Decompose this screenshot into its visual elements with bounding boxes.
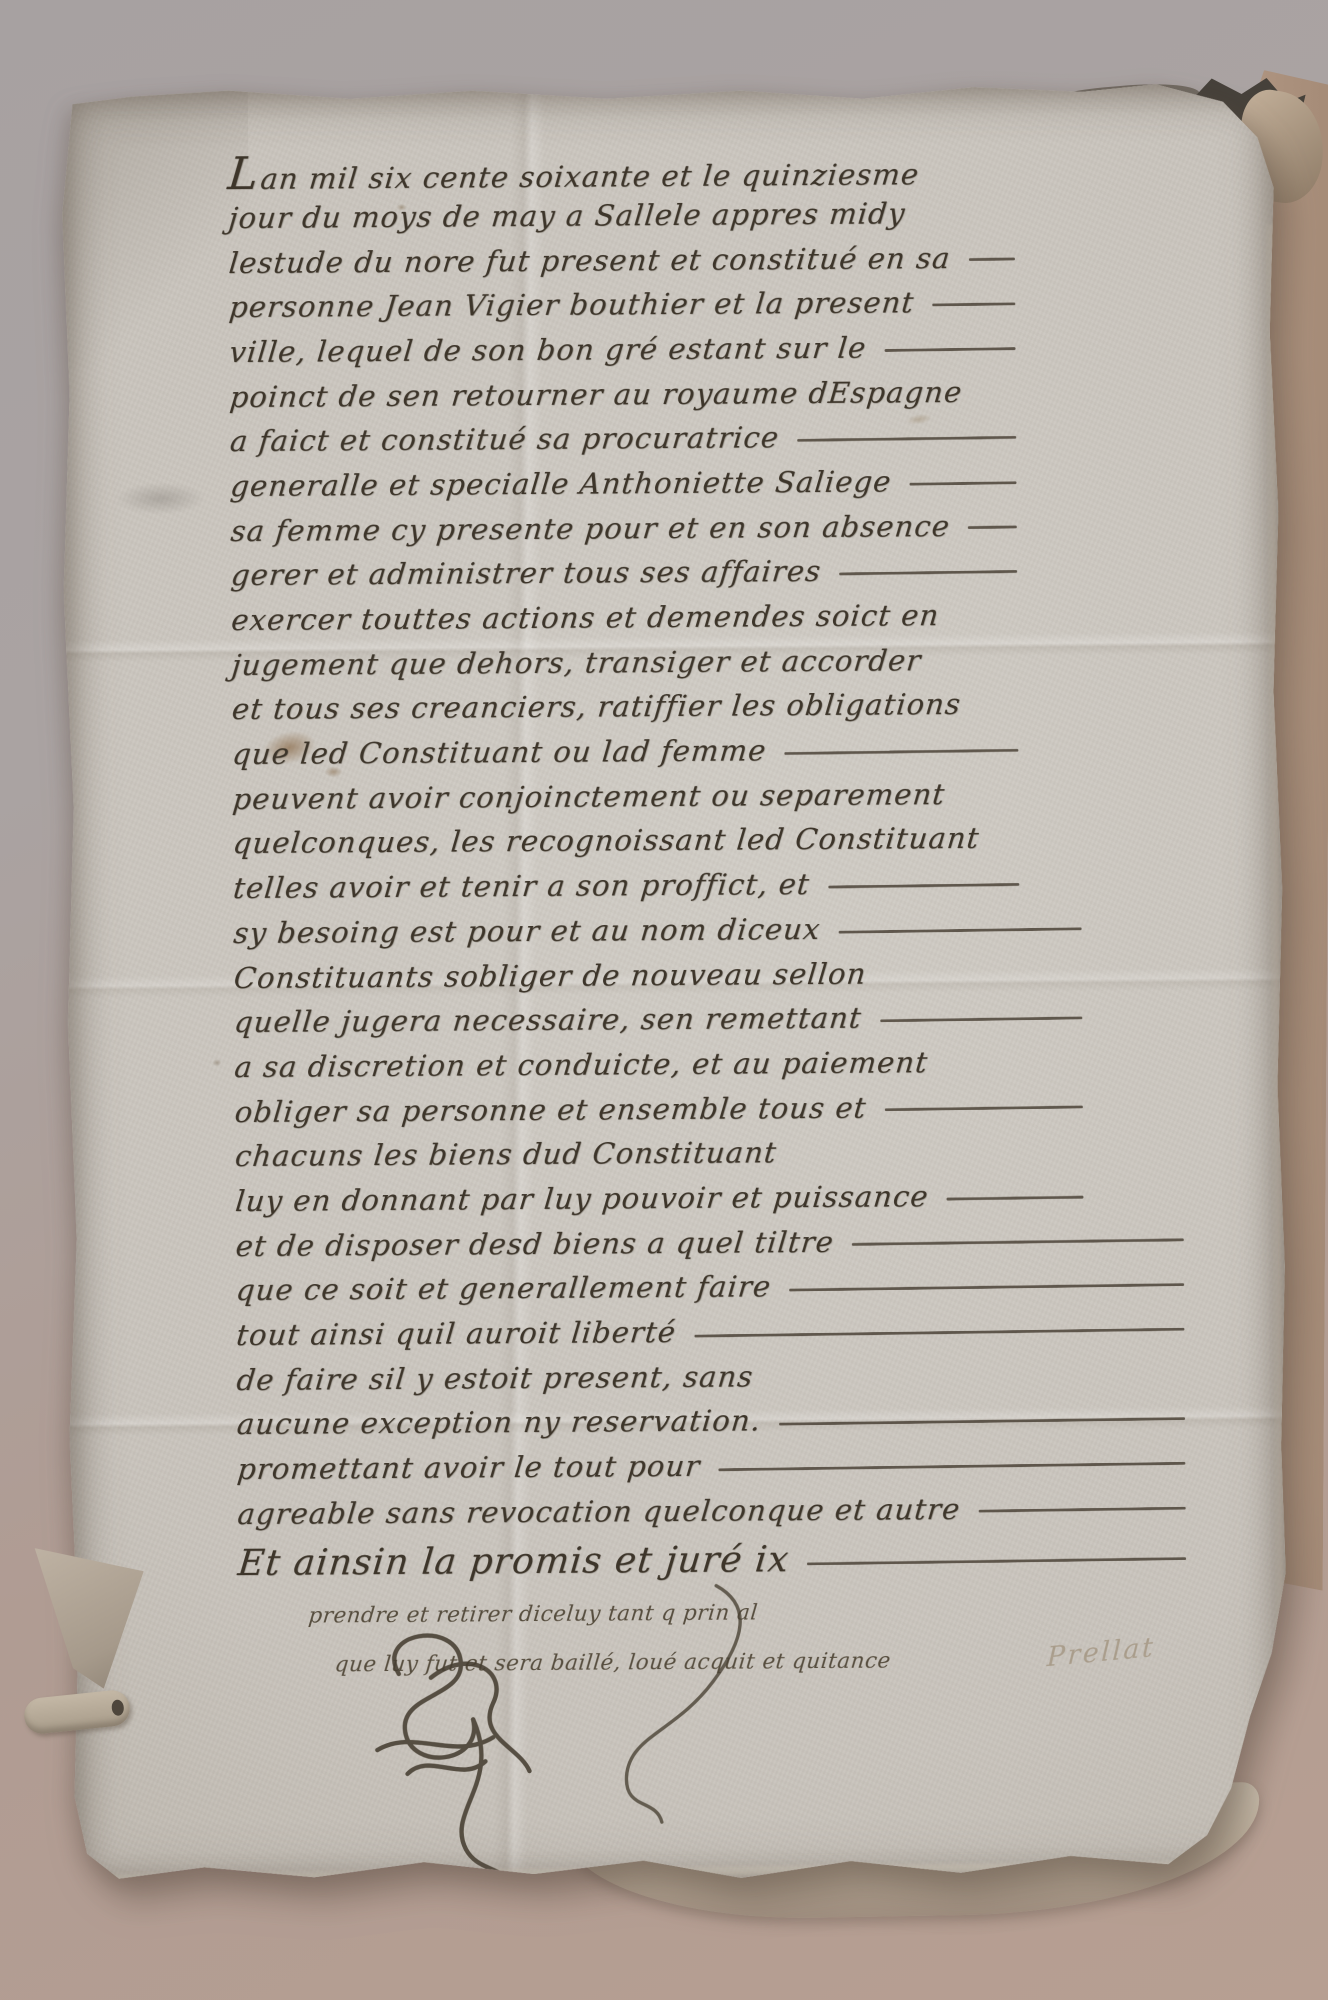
manuscript-line: luy en donnant par luy pouvoir et puissa… [235, 1173, 1025, 1223]
manuscript-line: gerer et administrer tous ses affaires [231, 548, 1021, 598]
manuscript-line-text: personne Jean Vigier bouthier et la pres… [228, 287, 916, 322]
manuscript-line-text: jugement que dehors, transiger et accord… [230, 645, 923, 680]
manuscript-line: chacuns les biens dud Constituant [235, 1129, 1025, 1179]
manuscript-line: jugement que dehors, transiger et accord… [232, 637, 1022, 687]
manuscript-line-text: quelconques, les recognoissant led Const… [232, 823, 981, 859]
text-block: Lan mil six cente soixante et le quinzie… [228, 146, 1029, 1691]
manuscript-line: lestude du nore fut present et constitué… [229, 235, 1019, 285]
manuscript-line-text: gerer et administrer tous ses affaires [230, 556, 823, 591]
line-filler-dash [885, 1106, 1083, 1112]
manuscript-line: quelconques, les recognoissant led Const… [233, 816, 1023, 866]
manuscript-line-text: generalle et specialle Anthoniette Salie… [229, 466, 893, 501]
manuscript-line: et tous ses creanciers, ratiffier les ob… [232, 682, 1022, 732]
manuscript-line-text: de faire sil y estoit present, sans [235, 1361, 755, 1395]
manuscript-line: jour du moys de may a Sallele appres mid… [228, 190, 1018, 240]
line-filler-dash [807, 1557, 1186, 1565]
manuscript-line-text: obliger sa personne et ensemble tous et [233, 1092, 868, 1127]
line-filler-dash [969, 258, 1015, 262]
manuscript-line: tout ainsi quil auroit liberté [236, 1307, 1026, 1357]
manuscript-line: quelle jugera necessaire, sen remettant [234, 995, 1024, 1045]
manuscript-line-text: poinct de sen retourner au royaume dEspa… [228, 377, 963, 413]
line-filler-dash [852, 1239, 1184, 1247]
manuscript-line-text: et de disposer desd biens a quel tiltre [234, 1227, 835, 1262]
manuscript-line: peuvent avoir conjoinctement ou separeme… [233, 771, 1023, 821]
line-filler-dash [839, 570, 1017, 575]
manuscript-line-text: chacuns les biens dud Constituant [234, 1138, 779, 1172]
manuscript-line-text: et tous ses creanciers, ratiffier les ob… [231, 689, 963, 725]
line-filler-dash [839, 927, 1082, 933]
manuscript-line-text: quelle jugera necessaire, sen remettant [233, 1003, 864, 1038]
manuscript-line: a faict et constitué sa procuratrice [230, 414, 1020, 464]
manuscript-line: de faire sil y estoit present, sans [237, 1352, 1027, 1402]
manuscript-line: Lan mil six cente soixante et le quinzie… [228, 146, 1018, 196]
manuscript-line-text: luy en donnant par luy pouvoir et puissa… [234, 1181, 930, 1216]
manuscript-page-wrap: Lan mil six cente soixante et le quinzie… [58, 80, 1291, 1886]
fox-spot [213, 1059, 222, 1066]
manuscript-line-text: lestude du nore fut present et constitué… [227, 243, 952, 278]
line-filler-dash [968, 526, 1017, 530]
manuscript-line-text: agreable sans revocation quelconque et a… [236, 1494, 962, 1530]
manuscript-line: sa femme cy presente pour et en son abse… [231, 503, 1021, 553]
line-filler-dash [789, 1283, 1184, 1292]
manuscript-line: a sa discretion et conduicte, et au paie… [234, 1039, 1024, 1089]
manuscript-line: obliger sa personne et ensemble tous et [235, 1084, 1025, 1134]
manuscript-line: que led Constituant ou lad femme [232, 727, 1022, 777]
notary-paraph [360, 1613, 582, 1915]
manuscript-line: personne Jean Vigier bouthier et la pres… [229, 280, 1019, 330]
manuscript-line-text: Constituants sobliger de nouveau sellon [232, 958, 868, 993]
manuscript-line-text: tout ainsi quil auroit liberté [235, 1317, 678, 1351]
line-filler-dash [694, 1327, 1184, 1337]
manuscript-page: Lan mil six cente soixante et le quinzie… [58, 80, 1291, 1886]
manuscript-line-text: promettant avoir le tout pour [236, 1451, 702, 1485]
manuscript-line-text: sy besoing est pour et au nom diceux [232, 914, 822, 949]
manuscript-line-text: ville, lequel de son bon gré estant sur … [228, 333, 868, 368]
line-filler-dash [797, 436, 1016, 442]
manuscript-line-text: jour du moys de may a Sallele appres mid… [227, 198, 907, 233]
manuscript-line-text: que ce soit et generallement faire [235, 1272, 773, 1306]
smudge-stain [96, 475, 224, 522]
worn-corner-shading [58, 87, 250, 368]
manuscript-line: ville, lequel de son bon gré estant sur … [229, 324, 1019, 374]
manuscript-line-text: peuvent avoir conjoinctement ou separeme… [231, 779, 946, 814]
manuscript-line-text: a sa discretion et conduicte, et au paie… [233, 1047, 929, 1082]
line-filler-dash [910, 481, 1017, 485]
manuscript-line-text: a faict et constitué sa procuratrice [229, 422, 781, 456]
line-filler-dash [718, 1462, 1185, 1472]
line-filler-dash [978, 1507, 1185, 1513]
line-filler-dash [932, 302, 1015, 306]
manuscript-line-text: telles avoir et tenir a son proffict, et [232, 869, 812, 903]
line-filler-dash [884, 347, 1015, 352]
manuscript-line-text: que led Constituant ou lad femme [231, 735, 768, 769]
line-filler-dash [880, 1016, 1082, 1022]
line-filler-dash [828, 883, 1019, 889]
manuscript-line-text: Et ainsin la promis et juré ix [236, 1542, 791, 1584]
faint-signature: Prellat [1046, 1632, 1156, 1674]
manuscript-line: et de disposer desd biens a quel tiltre [236, 1218, 1026, 1268]
manuscript-line: agreable sans revocation quelconque et a… [238, 1486, 1028, 1536]
manuscript-line: aucune exception ny reservation. [237, 1397, 1027, 1447]
manuscript-line: exercer touttes actions et demendes soic… [231, 592, 1021, 642]
manuscript-line: sy besoing est pour et au nom diceux [233, 905, 1023, 955]
manuscript-line: promettant avoir le tout pour [237, 1441, 1027, 1491]
manuscript-line-text: aucune exception ny reservation. [236, 1406, 763, 1440]
line-filler-dash [784, 749, 1018, 755]
manuscript-line: que ce soit et generallement faire [236, 1263, 1026, 1313]
manuscript-line: telles avoir et tenir a son proffict, et [233, 861, 1023, 911]
manuscript-line: Et ainsin la promis et juré ix [238, 1531, 1028, 1593]
manuscript-line-text: exercer touttes actions et demendes soic… [230, 600, 941, 635]
line-filler-dash [947, 1195, 1084, 1200]
manuscript-line: poinct de sen retourner au royaume dEspa… [230, 369, 1020, 419]
manuscript-line-text: sa femme cy presente pour et en son abse… [229, 511, 951, 546]
manuscript-line: Constituants sobliger de nouveau sellon [234, 950, 1024, 1000]
manuscript-line-text: Lan mil six cente soixante et le quinzie… [226, 145, 922, 197]
manuscript-line: generalle et specialle Anthoniette Salie… [230, 458, 1020, 508]
photograph-of-manuscript: Lan mil six cente soixante et le quinzie… [0, 0, 1328, 2000]
